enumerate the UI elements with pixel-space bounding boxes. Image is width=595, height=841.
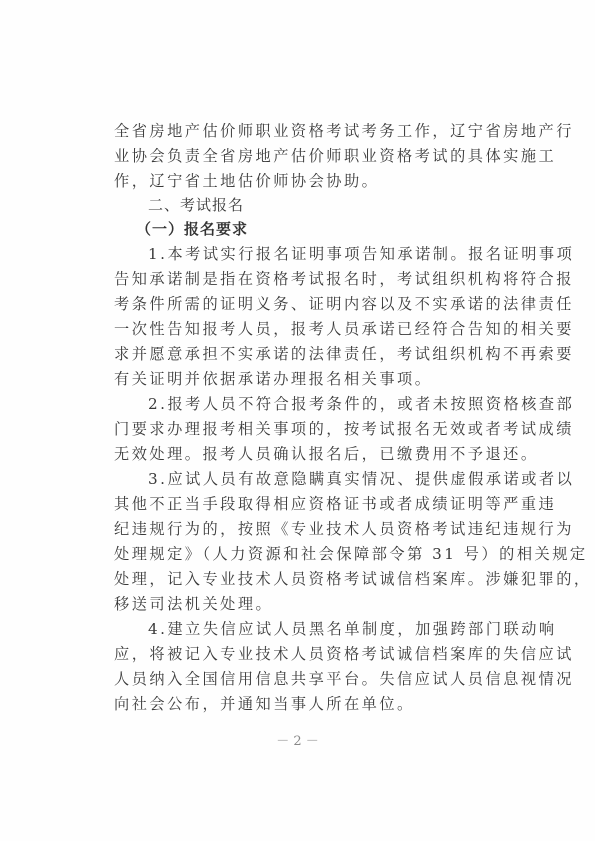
body-text-line: 一次性告知报考人员，报考人员承诺已经符合告知的相关要	[114, 320, 474, 338]
body-text-line: 有关证明并依据承诺办理报名相关事项。	[114, 370, 474, 388]
body-text-line: 作，辽宁省土地估价师协会协助。	[114, 172, 474, 190]
section-heading: 二、考试报名	[148, 196, 508, 214]
body-text-line: 向社会公布，并通知当事人所在单位。	[114, 695, 474, 713]
page-number: － 2 －	[0, 730, 595, 749]
document-page: 全省房地产估价师职业资格考试考务工作，辽宁省房地产行 业协会负责全省房地产估价师…	[0, 0, 595, 841]
body-text-line: 业协会负责全省房地产估价师职业资格考试的具体实施工	[114, 147, 474, 165]
paragraph-item-1: 1.本考试实行报名证明事项告知承诺制。报名证明事项	[148, 245, 474, 263]
body-text-line: 人员纳入全国信用信息共享平台。失信应试人员信息视情况	[114, 670, 474, 688]
body-text-line: 处理，记入专业技术人员资格考试诚信档案库。涉嫌犯罪的，	[114, 570, 474, 588]
body-text-line: 无效处理。报考人员确认报名后，已缴费用不予退还。	[114, 445, 474, 463]
subsection-heading: （一）报名要求	[136, 220, 496, 238]
body-text-line: 纪违规行为的，按照《专业技术人员资格考试违纪违规行为	[114, 520, 474, 538]
body-text-line: 其他不正当手段取得相应资格证书或者成绩证明等严重违	[114, 495, 474, 513]
paragraph-item-4: 4.建立失信应试人员黑名单制度，加强跨部门联动响	[148, 620, 474, 638]
body-text-line: 全省房地产估价师职业资格考试考务工作，辽宁省房地产行	[114, 122, 474, 140]
paragraph-item-2: 2.报考人员不符合报考条件的，或者未按照资格核查部	[148, 395, 474, 413]
body-text-line: 门要求办理报考相关事项的，按考试报名无效或者考试成绩	[114, 420, 474, 438]
body-text-line: 应，将被记入专业技术人员资格考试诚信档案库的失信应试	[114, 645, 474, 663]
body-text-line: 求并愿意承担不实承诺的法律责任，考试组织机构不再索要	[114, 345, 474, 363]
body-text-line: 处理规定》（人力资源和社会保障部令第 31 号）的相关规定	[114, 545, 474, 563]
body-text-line: 告知承诺制是指在资格考试报名时，考试组织机构将符合报	[114, 270, 474, 288]
body-text-line: 考条件所需的证明义务、证明内容以及不实承诺的法律责任	[114, 295, 474, 313]
body-text-line: 移送司法机关处理。	[114, 595, 474, 613]
paragraph-item-3: 3.应试人员有故意隐瞒真实情况、提供虚假承诺或者以	[148, 470, 474, 488]
